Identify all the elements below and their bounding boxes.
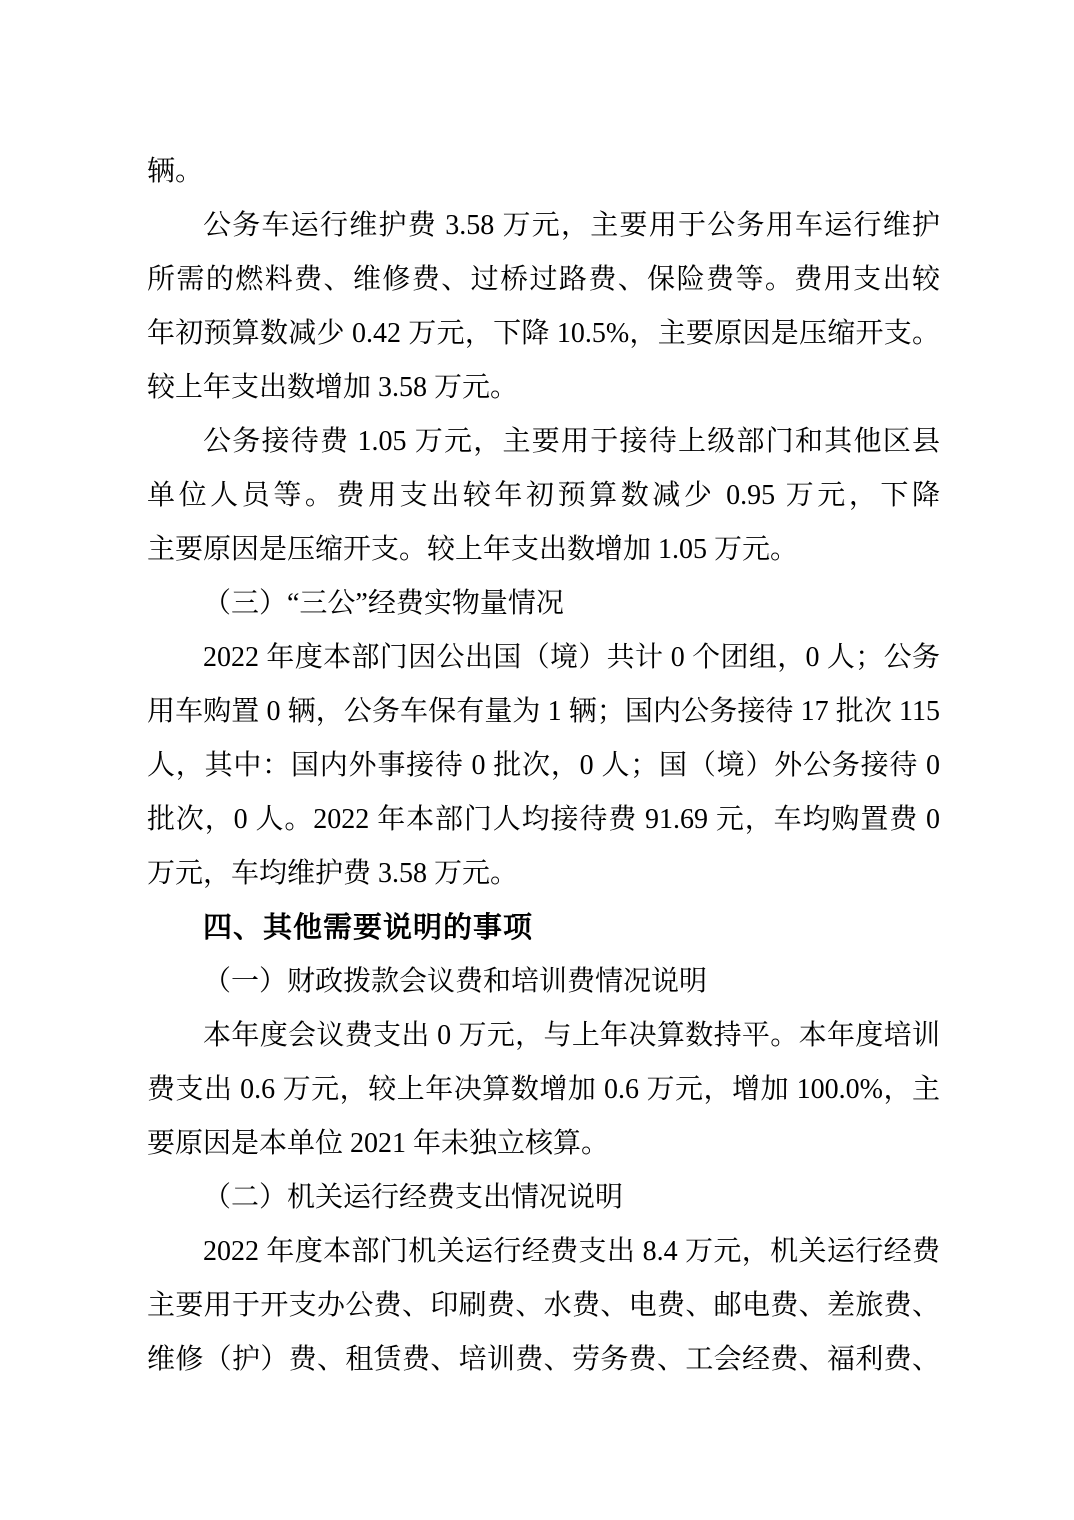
doc-line: 公务车运行维护费 3.58 万元，主要用于公务用车运行维护: [147, 199, 940, 253]
doc-line: 用车购置 0 辆，公务车保有量为 1 辆；国内公务接待 17 批次 115: [147, 685, 940, 739]
document-page: 辆。 公务车运行维护费 3.58 万元，主要用于公务用车运行维护 所需的燃料费、…: [0, 0, 1074, 1520]
doc-line: 人，其中：国内外事接待 0 批次，0 人；国（境）外公务接待 0: [147, 739, 940, 793]
doc-line: 本年度会议费支出 0 万元，与上年决算数持平。本年度培训: [147, 1009, 940, 1063]
doc-line: 万元，车均维护费 3.58 万元。: [147, 847, 940, 901]
document-body: 辆。 公务车运行维护费 3.58 万元，主要用于公务用车运行维护 所需的燃料费、…: [147, 145, 940, 1387]
doc-line: 主要原因是压缩开支。较上年支出数增加 1.05 万元。: [147, 523, 940, 577]
doc-line: 2022 年度本部门因公出国（境）共计 0 个团组，0 人；公务: [147, 631, 940, 685]
doc-line: 单位人员等。费用支出较年初预算数减少 0.95 万元，下降 47.5%，: [147, 469, 940, 523]
doc-line: 所需的燃料费、维修费、过桥过路费、保险费等。费用支出较: [147, 253, 940, 307]
doc-line: 2022 年度本部门机关运行经费支出 8.4 万元，机关运行经费: [147, 1225, 940, 1279]
doc-line: 费支出 0.6 万元，较上年决算数增加 0.6 万元，增加 100.0%，主: [147, 1063, 940, 1117]
doc-line: 较上年支出数增加 3.58 万元。: [147, 361, 940, 415]
doc-line: 要原因是本单位 2021 年未独立核算。: [147, 1117, 940, 1171]
doc-line: 年初预算数减少 0.42 万元，下降 10.5%，主要原因是压缩开支。: [147, 307, 940, 361]
doc-line: 批次，0 人。2022 年本部门人均接待费 91.69 元，车均购置费 0: [147, 793, 940, 847]
subsection-heading-three: （三）“三公”经费实物量情况: [147, 577, 940, 631]
doc-line: 公务接待费 1.05 万元，主要用于接待上级部门和其他区县: [147, 415, 940, 469]
doc-line: 主要用于开支办公费、印刷费、水费、电费、邮电费、差旅费、: [147, 1279, 940, 1333]
subsection-heading-two: （二）机关运行经费支出情况说明: [147, 1171, 940, 1225]
doc-line: 辆。: [147, 145, 940, 199]
subsection-heading-one: （一）财政拨款会议费和培训费情况说明: [147, 955, 940, 1009]
doc-line: 维修（护）费、租赁费、培训费、劳务费、工会经费、福利费、: [147, 1333, 940, 1387]
section-heading-four: 四、其他需要说明的事项: [147, 901, 940, 955]
